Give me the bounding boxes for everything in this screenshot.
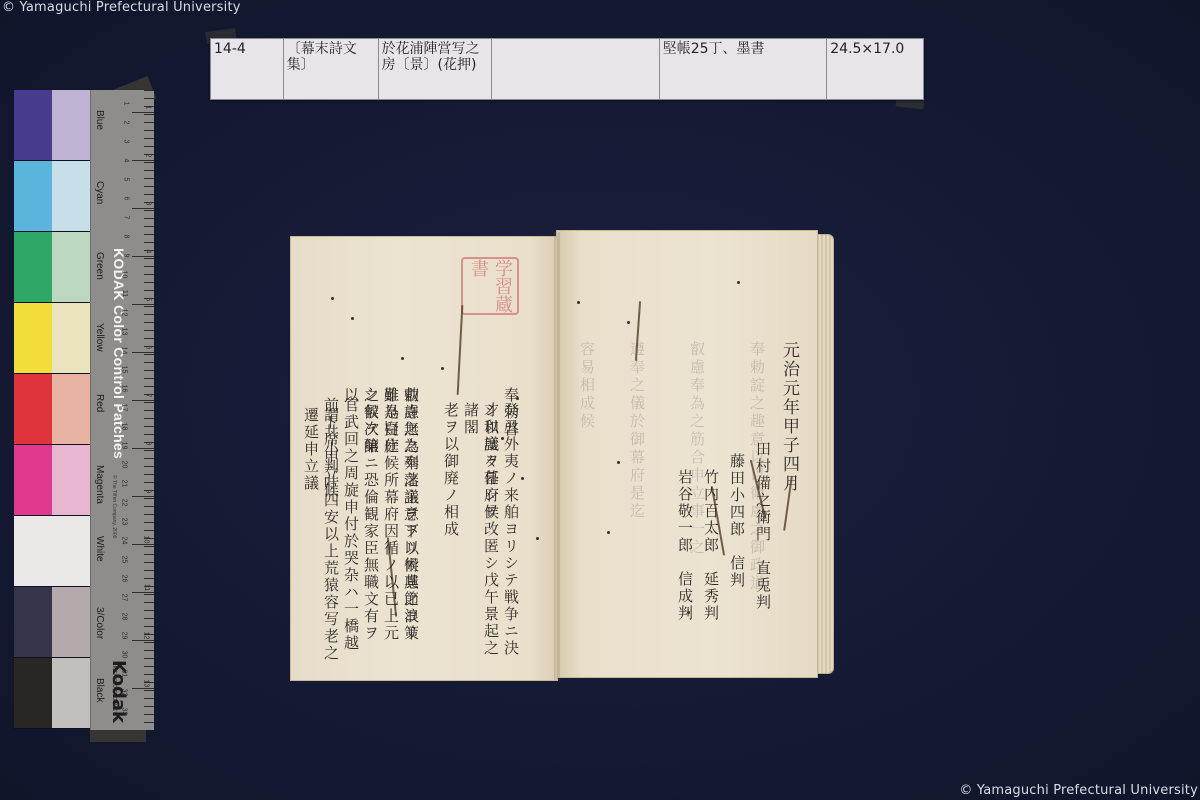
manuscript-signature: 岩谷敬一郎 信成判	[675, 469, 695, 669]
copyright-watermark-top: © Yamaguchi Prefectural University	[2, 0, 241, 15]
ruler-inch-tick	[132, 496, 154, 497]
manuscript-signature: 藤田小四郎 信判	[727, 453, 747, 653]
manuscript-date: 元治元年甲子四月	[779, 341, 799, 541]
ruler-cm-label: 6	[123, 197, 130, 201]
bleed-through-text: 容易相成候	[577, 341, 597, 541]
ruler-inch-label: 6	[145, 346, 152, 350]
bleed-through-text: 遵奉之儀於御幕府是迄	[627, 341, 647, 641]
ruler-cm-label: 12	[121, 309, 128, 317]
ruler-inch-tick	[132, 208, 154, 209]
ruler-inch-label: 1	[145, 106, 152, 110]
patch-blue-light	[52, 90, 90, 160]
wormhole	[607, 531, 610, 534]
paper-crack	[457, 305, 464, 395]
ruler-inch-label: 10	[143, 536, 150, 544]
patch-green-dark	[14, 232, 52, 302]
wormhole	[617, 461, 620, 464]
open-book: 奉勅諚之趣意以以衛慮之御政道 叡慮奉為之筋合申立事一之 遵奉之儀於御幕府是迄 容…	[290, 228, 835, 683]
wormhole	[577, 301, 580, 304]
color-label: Blue	[94, 110, 105, 130]
ruler-inch-tick	[132, 640, 154, 641]
ruler-inch-label: 9	[145, 490, 152, 494]
wormhole	[331, 297, 334, 300]
kodak-color-checker: KODAK Color Control Patches © The Tiffen…	[14, 90, 154, 730]
patch-row-blue	[14, 90, 90, 161]
patch-row-green	[14, 232, 90, 303]
label-cell-title: 〔幕末詩文集〕	[284, 39, 379, 99]
manuscript-column: 老ヲ以御廃ノ相成	[441, 402, 461, 672]
ruler-cm-label: 29	[121, 632, 128, 640]
color-label: Black	[94, 678, 105, 702]
ruler-inch-tick	[132, 256, 154, 257]
color-label: White	[94, 536, 105, 562]
ownership-seal: 学習蔵書	[461, 257, 519, 315]
patch-row-3-color	[14, 587, 90, 658]
ruler-cm-label: 20	[121, 461, 128, 469]
patch-3-color-light	[52, 587, 90, 657]
color-label: Green	[94, 252, 105, 280]
ruler-cm-label: 25	[121, 556, 128, 564]
ruler-cm-label: 16	[121, 385, 128, 393]
wormhole	[627, 321, 630, 324]
ruler-inch-label: 4	[145, 250, 152, 254]
patch-cyan-light	[52, 161, 90, 231]
wormhole	[401, 357, 404, 360]
ruler-cm-label: 30	[121, 651, 128, 659]
ruler-cm-label: 10	[121, 271, 128, 279]
ruler-cm-label: 8	[123, 235, 130, 239]
manuscript-signature: 田村備之衛門 直兎判	[753, 441, 773, 641]
ruler-cm-label: 18	[121, 423, 128, 431]
ruler-cm-label: 26	[121, 575, 128, 583]
color-label: Yellow	[94, 323, 105, 352]
left-page: 学習蔵書 奉勅啓癸丑外夷ノ来舶ヨリシテ戦争ニ決シ和議ヲ任シ候才以度々幕府ヲ改匿シ…	[290, 236, 558, 681]
page-stack-edge	[816, 234, 834, 674]
patch-green-light	[52, 232, 90, 302]
wormhole	[516, 397, 519, 400]
ruler-cm-label: 27	[121, 594, 128, 602]
ruler-cm-label: 31	[121, 670, 128, 678]
patch-blue-dark	[14, 90, 52, 160]
ruler-inch-tick	[132, 544, 154, 545]
book-gutter	[554, 232, 560, 680]
wormhole	[441, 367, 444, 370]
ruler-cm-label: 11	[121, 290, 128, 297]
patch-black-dark	[14, 658, 52, 728]
ruler-inch-label: 11	[143, 584, 150, 591]
ruler-inch-tick	[132, 352, 154, 353]
ruler-cm-label: 33	[121, 708, 128, 716]
patch-magenta-light	[52, 445, 90, 515]
ruler-cm-label: 4	[123, 159, 130, 163]
ruler-cm-label: 9	[123, 254, 130, 258]
kodak-copyright: © The Tiffen Company, 2000	[111, 475, 117, 538]
ruler-inch-tick	[132, 160, 154, 161]
ruler-cm-label: 24	[121, 537, 128, 545]
patch-red-light	[52, 374, 90, 444]
ruler-inch-label: 12	[143, 632, 150, 640]
label-cell-format: 堅帳25丁、墨書	[660, 39, 828, 99]
patch-row-white	[14, 516, 90, 587]
copyright-watermark-bottom: © Yamaguchi Prefectural University	[959, 783, 1198, 798]
ruler-inch-label: 3	[145, 202, 152, 206]
ruler-cm-label: 15	[121, 366, 128, 374]
ruler-inch-label: 5	[145, 298, 152, 302]
color-label: Cyan	[94, 181, 105, 204]
kodak-licensed-text: LICENSED PRODUCT	[111, 663, 117, 714]
wormhole	[351, 317, 354, 320]
manuscript-signature: 竹内百太郎 延秀判	[701, 469, 721, 669]
patch-row-black	[14, 658, 90, 729]
patch-white	[14, 516, 90, 586]
patch-black-light	[52, 658, 90, 728]
patch-yellow-light	[52, 303, 90, 373]
patch-3-color-dark	[14, 587, 52, 657]
patch-row-cyan	[14, 161, 90, 232]
patch-magenta-dark	[14, 445, 52, 515]
ruler: KODAK Color Control Patches © The Tiffen…	[90, 90, 154, 730]
ruler-inch-tick	[132, 400, 154, 401]
patch-row-yellow	[14, 303, 90, 374]
patch-yellow-dark	[14, 303, 52, 373]
ruler-cm-label: 2	[123, 121, 130, 125]
manuscript-column: 謂共小判叶四安以上荒猿容写老之遷延申立議	[301, 407, 341, 677]
ruler-inch-tick	[132, 304, 154, 305]
color-label: 3/Color	[94, 607, 105, 639]
patch-cyan-dark	[14, 161, 52, 231]
ruler-inch-tick	[132, 592, 154, 593]
ruler-cm-label: 17	[121, 404, 128, 412]
ruler-cm-label: 7	[123, 216, 130, 220]
color-label: Red	[94, 394, 105, 412]
label-cell-size: 24.5×17.0	[827, 39, 923, 99]
wormhole	[687, 611, 690, 614]
ruler-cm-label: 23	[121, 518, 128, 526]
patch-red-dark	[14, 374, 52, 444]
catalog-label: 14-4 〔幕末詩文集〕 於花浦陣営写之房〔景〕(花押) 堅帳25丁、墨書 24…	[210, 38, 924, 100]
manuscript-column: 才以度々幕府ヲ改匿シ戊午景起之諸閣	[461, 402, 501, 672]
wormhole	[737, 281, 740, 284]
ruler-cm-label: 21	[121, 480, 128, 488]
ruler-cm-label: 28	[121, 613, 128, 621]
ruler-inch-tick	[132, 112, 154, 113]
ruler-inch-tick	[132, 448, 154, 449]
ruler-inch-label: 7	[145, 394, 152, 398]
ruler-inch-label: 2	[145, 154, 152, 158]
ruler-cm-label: 13	[121, 328, 128, 336]
ruler-cm-label: 3	[123, 140, 130, 144]
right-page: 奉勅諚之趣意以以衛慮之御政道 叡慮奉為之筋合申立事一之 遵奉之儀於御幕府是迄 容…	[556, 230, 818, 678]
label-cell-blank	[492, 39, 660, 99]
ruler-cm-label: 1	[123, 102, 130, 106]
color-patches	[14, 90, 90, 730]
patch-row-red	[14, 374, 90, 445]
ruler-cm-label: 14	[121, 347, 128, 355]
ruler-inch-label: 8	[145, 442, 152, 446]
color-label: Magenta	[94, 465, 105, 504]
wormhole	[521, 477, 524, 480]
ruler-cm-label: 19	[121, 442, 128, 450]
wormhole	[501, 437, 504, 440]
ruler-cm-label: 5	[123, 178, 130, 182]
wormhole	[536, 537, 539, 540]
ruler-cm-label: 22	[121, 499, 128, 507]
ruler-cm-label: 32	[121, 689, 128, 697]
ruler-inch-label: 13	[143, 680, 150, 688]
patch-row-magenta	[14, 445, 90, 516]
ruler-inch-tick	[132, 688, 154, 689]
label-cell-author: 於花浦陣営写之房〔景〕(花押)	[379, 39, 493, 99]
label-cell-id: 14-4	[211, 39, 284, 99]
